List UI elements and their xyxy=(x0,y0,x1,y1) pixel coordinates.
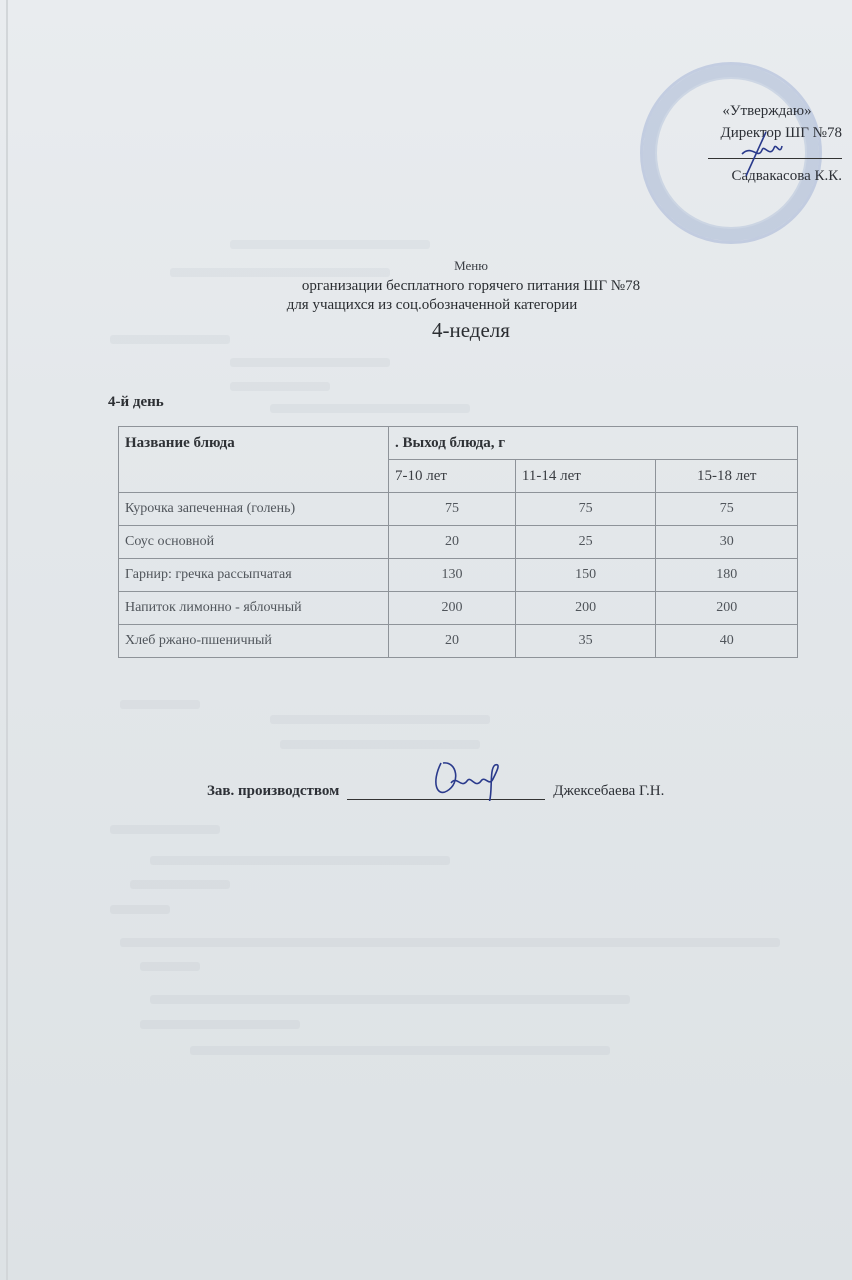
dish-name: Хлеб ржано-пшеничный xyxy=(119,625,389,658)
dish-name: Гарнир: гречка рассыпчатая xyxy=(119,559,389,592)
dish-name: Курочка запеченная (голень) xyxy=(119,493,389,526)
title-week: 4-неделя xyxy=(90,318,852,343)
portion-grams: 150 xyxy=(515,559,655,592)
portion-grams: 200 xyxy=(515,592,655,625)
day-label: 4-й день xyxy=(108,394,164,411)
portion-grams: 75 xyxy=(389,493,516,526)
production-manager-signature: Зав. производством Джексебаева Г.Н. xyxy=(207,783,664,800)
portion-grams: 40 xyxy=(656,625,798,658)
header-output: . Выход блюда, г xyxy=(389,427,798,460)
portion-grams: 20 xyxy=(389,526,516,559)
dish-name: Соус основной xyxy=(119,526,389,559)
portion-grams: 75 xyxy=(515,493,655,526)
portion-grams: 130 xyxy=(389,559,516,592)
footer-name: Джексебаева Г.Н. xyxy=(553,783,664,800)
menu-table: Название блюда . Выход блюда, г 7-10 лет… xyxy=(118,426,798,658)
portion-grams: 35 xyxy=(515,625,655,658)
header-age-group: 15-18 лет xyxy=(656,460,798,493)
portion-grams: 180 xyxy=(656,559,798,592)
title-menu: Меню xyxy=(90,258,852,274)
portion-grams: 25 xyxy=(515,526,655,559)
header-dish-name: Название блюда xyxy=(119,427,389,493)
approval-heading: «Утверждаю» xyxy=(672,100,842,122)
manager-signature-icon xyxy=(427,753,517,801)
table-row: Курочка запеченная (голень)757575 xyxy=(119,493,798,526)
footer-role: Зав. производством xyxy=(207,783,339,800)
portion-grams: 75 xyxy=(656,493,798,526)
table-row: Хлеб ржано-пшеничный203540 xyxy=(119,625,798,658)
dish-name: Напиток лимонно - яблочный xyxy=(119,592,389,625)
title-category: для учащихся из соц.обозначенной категор… xyxy=(12,297,852,314)
table-row: Гарнир: гречка рассыпчатая130150180 xyxy=(119,559,798,592)
portion-grams: 20 xyxy=(389,625,516,658)
portion-grams: 200 xyxy=(389,592,516,625)
table-row: Соус основной202530 xyxy=(119,526,798,559)
table-row: Напиток лимонно - яблочный200200200 xyxy=(119,592,798,625)
paper-edge xyxy=(6,0,8,1280)
header-age-group: 11-14 лет xyxy=(515,460,655,493)
portion-grams: 30 xyxy=(656,526,798,559)
signature-line xyxy=(347,783,545,800)
title-organization: организации бесплатного горячего питания… xyxy=(90,278,852,295)
header-age-group: 7-10 лет xyxy=(389,460,516,493)
document-title: Меню организации бесплатного горячего пи… xyxy=(0,258,852,343)
portion-grams: 200 xyxy=(656,592,798,625)
director-signature-icon xyxy=(736,130,784,178)
